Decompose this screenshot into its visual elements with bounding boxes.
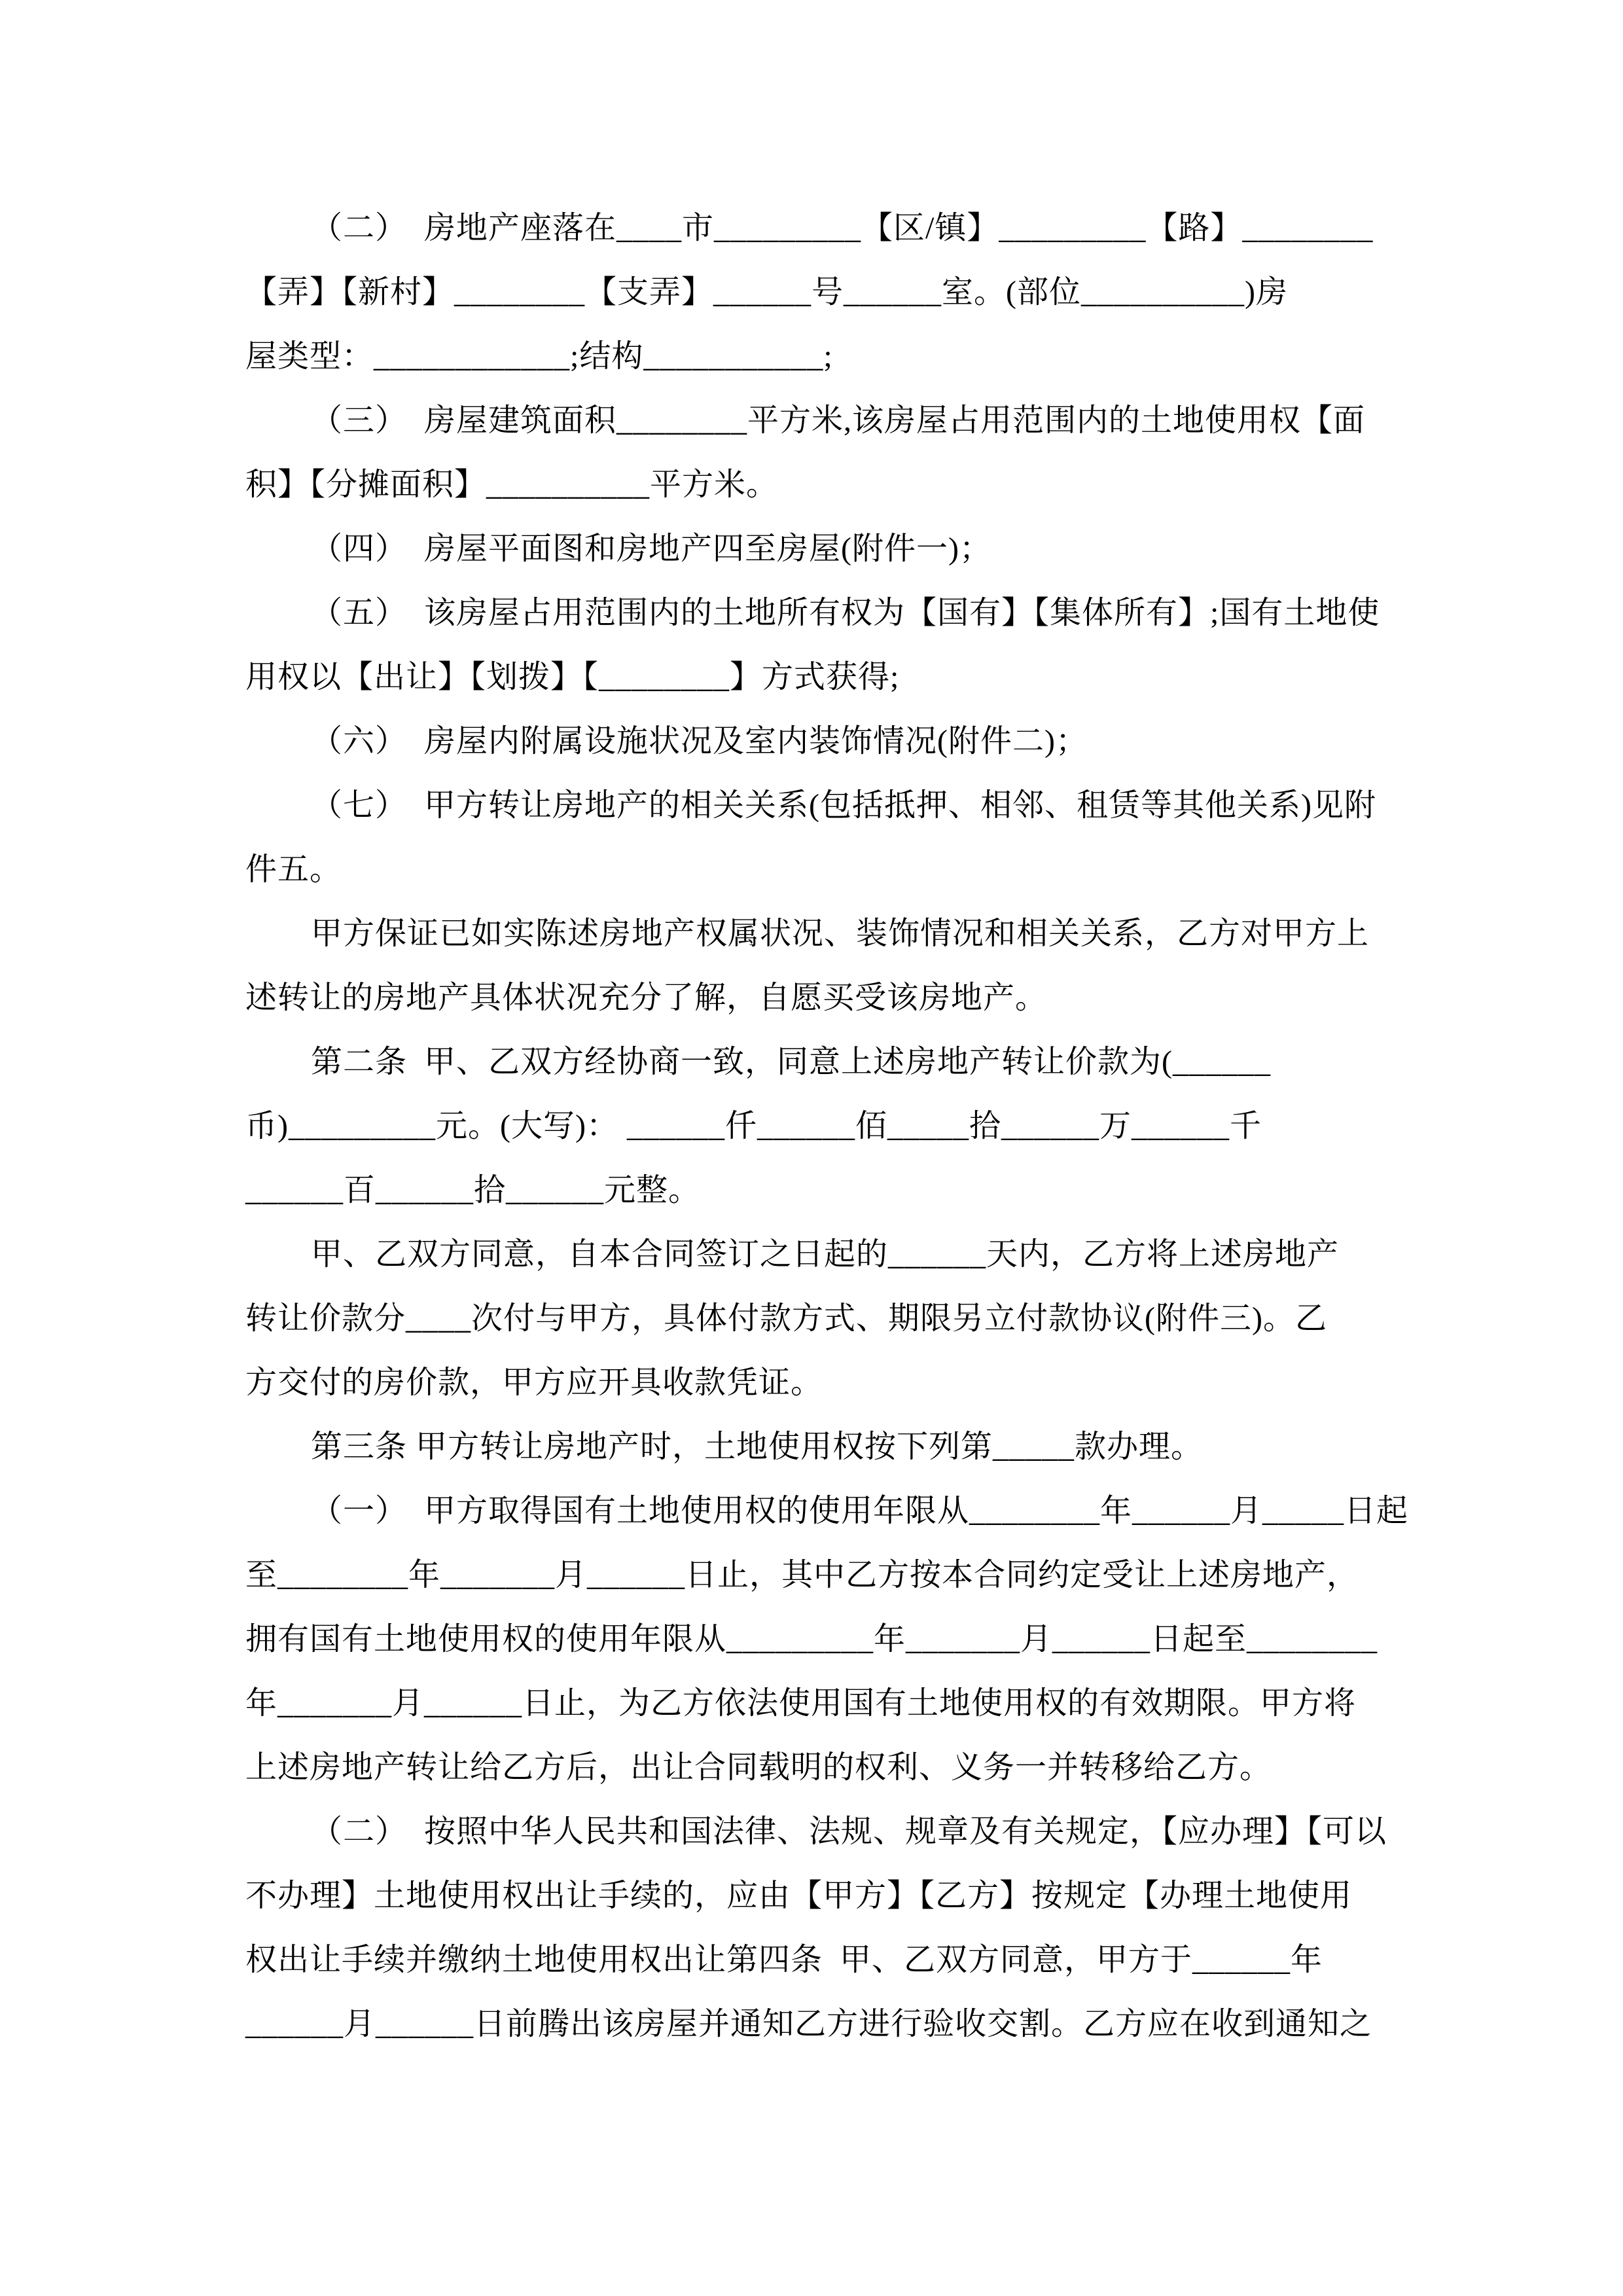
document-line: （二） 按照中华人民共和国法律、法规、规章及有关规定，【应办理】【可以 <box>245 1800 1374 1864</box>
document-line: 用权以【出让】【划拨】【________】方式获得; <box>245 645 1374 709</box>
document-line: 甲、乙双方同意，自本合同签订之日起的______天内，乙方将上述房地产 <box>245 1223 1374 1287</box>
document-line: （六） 房屋内附属设施状况及室内装饰情况(附件二)； <box>245 709 1374 774</box>
document-line: 屋类型：____________;结构___________; <box>245 325 1374 389</box>
document-line: （五） 该房屋占用范围内的土地所有权为【国有】【集体所有】;国有土地使 <box>245 581 1374 645</box>
document-line: （七） 甲方转让房地产的相关关系(包括抵押、相邻、租赁等其他关系)见附 <box>245 774 1374 838</box>
document-body: （二） 房地产座落在____市_________【区/镇】_________【路… <box>245 196 1374 2056</box>
document-line: 件五。 <box>245 838 1374 902</box>
document-line: 拥有国有土地使用权的使用年限从_________年_______月______日… <box>245 1607 1374 1672</box>
document-line: 【弄】【新村】________【支弄】______号______室。(部位___… <box>245 260 1374 325</box>
document-line: ______月______日前腾出该房屋并通知乙方进行验收交割。乙方应在收到通知… <box>245 1992 1374 2056</box>
document-line: 权出让手续并缴纳土地使用权出让第四条 甲、乙双方同意，甲方于______年 <box>245 1928 1374 1992</box>
document-line: ______百______拾______元整。 <box>245 1158 1374 1223</box>
document-line: 述转让的房地产具体状况充分了解，自愿买受该房地产。 <box>245 966 1374 1030</box>
document-line: 不办理】土地使用权出让手续的，应由【甲方】【乙方】按规定【办理土地使用 <box>245 1864 1374 1928</box>
document-line: 第二条 甲、乙双方经协商一致，同意上述房地产转让价款为(______ <box>245 1030 1374 1094</box>
document-line: 积】【分摊面积】__________平方米。 <box>245 453 1374 517</box>
document-line: 年_______月______日止，为乙方依法使用国有土地使用权的有效期限。甲方… <box>245 1672 1374 1736</box>
document-line: 上述房地产转让给乙方后，出让合同载明的权利、义务一并转移给乙方。 <box>245 1736 1374 1800</box>
document-line: （二） 房地产座落在____市_________【区/镇】_________【路… <box>245 196 1374 260</box>
document-line: （四） 房屋平面图和房地产四至房屋(附件一)； <box>245 517 1374 581</box>
document-line: （三） 房屋建筑面积________平方米,该房屋占用范围内的土地使用权【面 <box>245 389 1374 453</box>
document-page: （二） 房地产座落在____市_________【区/镇】_________【路… <box>0 0 1623 2296</box>
document-line: 至________年_______月______日止，其中乙方按本合同约定受让上… <box>245 1543 1374 1607</box>
document-line: 方交付的房价款，甲方应开具收款凭证。 <box>245 1351 1374 1415</box>
document-line: 币)_________元。(大写)： ______仟______佰_____拾_… <box>245 1094 1374 1158</box>
document-line: （一） 甲方取得国有土地使用权的使用年限从________年______月___… <box>245 1479 1374 1543</box>
document-line: 第三条 甲方转让房地产时，土地使用权按下列第_____款办理。 <box>245 1415 1374 1479</box>
document-line: 转让价款分____次付与甲方，具体付款方式、期限另立付款协议(附件三)。乙 <box>245 1287 1374 1351</box>
document-line: 甲方保证已如实陈述房地产权属状况、装饰情况和相关关系，乙方对甲方上 <box>245 902 1374 966</box>
